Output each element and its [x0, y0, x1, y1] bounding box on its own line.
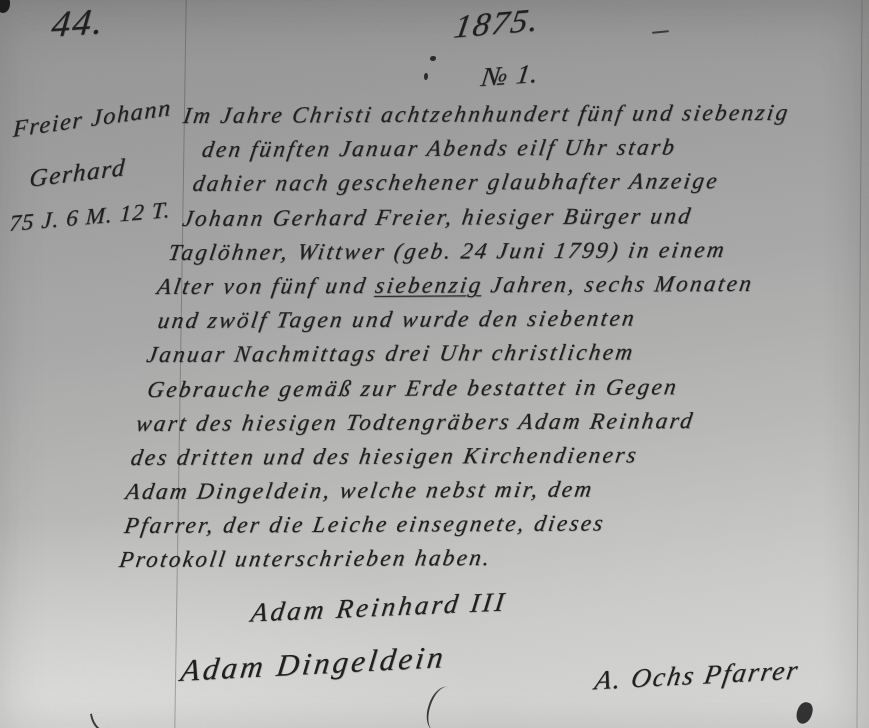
signature-gravedigger: Adam Reinhard III: [249, 586, 509, 628]
body-line: den fünften Januar Abends eilf Uhr starb: [200, 130, 860, 168]
body-line-segment: Jahren, sechs Monaten: [481, 271, 755, 297]
body-line: Gebrauche gemäß zur Erde bestattet in Ge…: [145, 369, 823, 407]
margin-name-line1: Freier Johann: [12, 95, 172, 144]
body-line: des dritten und des hiesigen Kirchendien…: [128, 437, 812, 475]
signature-pastor: A. Ochs Pfarrer: [593, 655, 802, 697]
ink-speck: [430, 56, 436, 61]
body-line: Adam Dingeldein, welche nebst mir, dem: [123, 472, 807, 510]
ink-speck: [0, 0, 10, 13]
margin-name-line2: Gerhard: [29, 154, 127, 193]
body-line: Im Jahre Christi achtzehnhundert fünf un…: [181, 95, 865, 133]
entry-number: 44.: [49, 0, 106, 47]
underlined-word: siebenzig: [374, 272, 485, 298]
body-line: dahier nach geschehener glaubhafter Anze…: [190, 164, 854, 202]
signature-sexton: Adam Dingeldein: [179, 639, 448, 689]
body-line: Johann Gerhard Freier, hiesiger Bürger u…: [180, 198, 849, 236]
record-number: № 1.: [479, 58, 541, 93]
body-line-segment: Alter von fünf und: [155, 273, 377, 299]
cutoff-pen-stroke: [90, 711, 110, 728]
cutoff-pen-stroke: [422, 683, 461, 728]
body-line: Protokoll unterschrieben haben.: [117, 540, 797, 578]
body-line: Taglöhner, Wittwer (geb. 24 Juni 1799) i…: [166, 232, 844, 270]
body-line: Pfarrer, der die Leiche einsegnete, dies…: [122, 506, 802, 544]
year-heading: 1875.: [451, 2, 543, 46]
register-page-scan: 44. 1875. № 1. Freier Johann Gerhard 75 …: [0, 0, 869, 728]
body-line: wart des hiesigen Todtengräbers Adam Rei…: [134, 403, 818, 441]
record-body-text: Im Jahre Christi achtzehnhundert fünf un…: [113, 95, 865, 577]
body-line: Januar Nachmittags drei Uhr christlichem: [144, 335, 828, 373]
stray-pen-dash: [652, 30, 669, 34]
ink-speck: [424, 73, 428, 80]
body-line: und zwölf Tagen und wurde den siebenten: [155, 301, 833, 339]
body-line: Alter von fünf und siebenzig Jahren, sec…: [155, 266, 839, 304]
ink-speck: [795, 701, 815, 726]
margin-age-note: 75 J. 6 M. 12 T.: [9, 197, 172, 237]
